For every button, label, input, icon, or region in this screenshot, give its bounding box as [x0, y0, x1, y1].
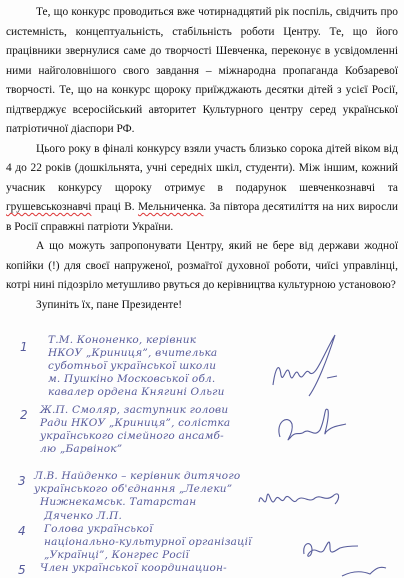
- handwritten-line: Нижнекамськ. Татарстан: [34, 496, 240, 509]
- signatory-number: 3: [18, 474, 26, 488]
- scanned-letter-page: Те, що конкурс проводиться вже чотирнадц…: [0, 0, 404, 578]
- paragraph-3: А що можуть запропонувати Центру, який н…: [6, 237, 398, 296]
- handwritten-line: Голова української: [44, 523, 252, 536]
- handwritten-line: м. Пушкіно Московської обл.: [48, 373, 225, 386]
- signatory-5-handwriting: Член української координацион-: [40, 562, 227, 575]
- signature-5-icon: [340, 566, 390, 578]
- signature-2-icon: [270, 402, 350, 457]
- handwritten-line: Ради НКОУ „Криниця”, солістка: [40, 417, 230, 430]
- handwritten-line: Т.М. Кононенко, керівник: [48, 334, 225, 347]
- paragraph-1: Те, що конкурс проводиться вже чотирнадц…: [6, 3, 398, 140]
- handwritten-line: Член української координацион-: [40, 562, 227, 575]
- handwritten-line: суботньої української школи: [48, 360, 225, 373]
- handwritten-line: НКОУ „Криниця”, вчителька: [48, 347, 225, 360]
- spellcheck-word: Мельниченка: [138, 201, 203, 213]
- handwritten-line: „Українці”, Конгрес Росії: [44, 549, 252, 562]
- signatory-number: 2: [20, 408, 28, 422]
- signatory-4-handwriting: Дяченко Л.П. Голова української націонал…: [44, 510, 252, 562]
- handwritten-line: кавалер ордена Княгині Ольги: [48, 386, 225, 399]
- closing-appeal: Зупиніть їх, пане Президенте!: [6, 296, 398, 316]
- paragraph-2-text-b: праці В.: [91, 201, 138, 213]
- handwritten-line: Дяченко Л.П.: [44, 510, 252, 523]
- signatory-3-handwriting: Л.В. Найденко – керівник дитячого україн…: [34, 470, 240, 509]
- handwritten-line: Л.В. Найденко – керівник дитячого: [34, 470, 240, 483]
- signatory-1-handwriting: Т.М. Кононенко, керівник НКОУ „Криниця”,…: [48, 334, 225, 399]
- letter-body: Те, що конкурс проводиться вже чотирнадц…: [6, 3, 398, 315]
- handwritten-line: лю „Барвінок”: [40, 443, 230, 456]
- handwritten-line: Ж.П. Смоляр, заступник голови: [40, 404, 230, 417]
- signatory-2-handwriting: Ж.П. Смоляр, заступник голови Ради НКОУ …: [40, 404, 230, 456]
- signature-1-icon: [265, 330, 345, 400]
- signatory-number: 4: [18, 524, 26, 538]
- signatory-number: 1: [20, 340, 28, 354]
- signatory-number: 5: [18, 563, 26, 577]
- paragraph-2-text-a: Цього року в фіналі конкурсу взяли участ…: [6, 143, 398, 194]
- spellcheck-word: грушевськознавчі: [6, 201, 91, 213]
- handwritten-line: українського об'єднання „Лелеки”: [34, 483, 240, 496]
- handwritten-line: українського сімейного ансамб-: [40, 430, 230, 443]
- paragraph-2: Цього року в фіналі конкурсу взяли участ…: [6, 140, 398, 238]
- signature-4-icon: [300, 534, 360, 562]
- signature-3-icon: [255, 484, 345, 514]
- handwritten-line: національно-культурної організації: [44, 536, 252, 549]
